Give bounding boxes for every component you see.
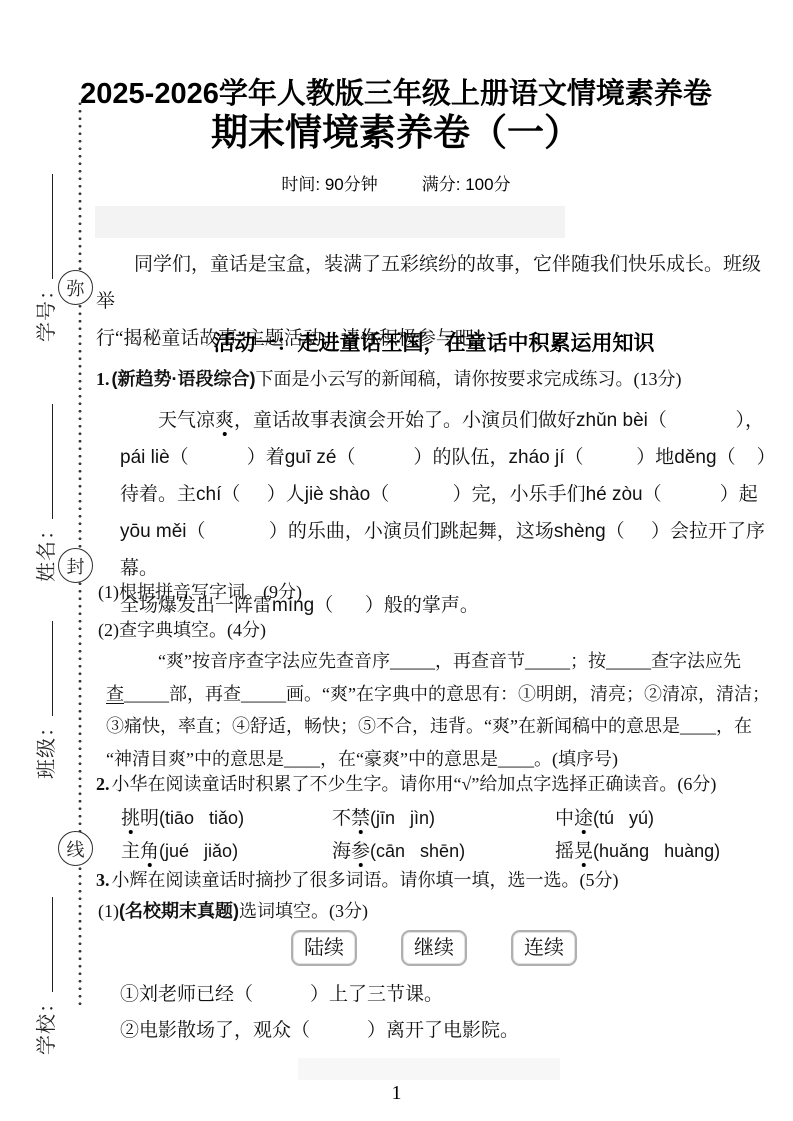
question-3-sub-1: (1)(名校期末真题)选词填空。(3分) <box>98 897 776 925</box>
passage-line-1: 天气凉爽，童话故事表演会开始了。小演员们做好zhǔn bèi（ ）， <box>120 402 774 439</box>
word-dotted-char: 禁 <box>351 808 370 829</box>
word-pinyin: (huǎng huàng) <box>593 841 720 861</box>
name-blank <box>32 404 53 519</box>
word-pre: 中 <box>555 808 574 829</box>
question-1-number: 1. <box>96 369 110 389</box>
word-dotted-char: 晃 <box>574 841 593 862</box>
dict-line-2: 查_____部，再查_____画。“爽”在字典中的意思有：①明朗，清亮；②清凉，… <box>106 678 774 711</box>
word-dotted-char: 角 <box>140 841 159 862</box>
exam-full-score: 满分: 100分 <box>422 175 511 194</box>
word-option-box: 连续 <box>511 930 577 966</box>
dictionary-exercise: “爽”按音序查字法应先查音序_____，再查音节_____；按_____查字法应… <box>106 645 774 775</box>
passage-line-1-post: ，童话故事表演会开始了。小演员们做好zhǔn bèi（ ）， <box>234 410 764 431</box>
scan-artifact-smudge <box>298 1058 560 1080</box>
word-pre: 不 <box>332 808 351 829</box>
exam-time: 时间: 90分钟 <box>281 175 377 194</box>
word-pinyin: (cān shēn) <box>370 841 465 861</box>
word-item: 中途(tú yú) <box>555 805 654 832</box>
intro-line-1: 同学们，童话是宝盒，装满了五彩缤纷的故事，它伴随我们快乐成长。班级举 <box>96 246 774 320</box>
question-3-stem: 3.小辉在阅读童话时摘抄了很多词语。请你填一填，选一选。(5分) <box>96 866 774 894</box>
passage-line-2: pái liè（ ）着guī zé（ ）的队伍，zháo jí（ ）地děng（… <box>120 439 774 476</box>
student-number-field: 学号： <box>30 174 56 342</box>
word-pinyin: (tú yú) <box>593 808 654 828</box>
question-1-sub-2: (2)查字典填空。(4分) <box>98 616 776 644</box>
exam-meta: 时间: 90分钟满分: 100分 <box>56 172 736 198</box>
page-number: 1 <box>0 1082 793 1105</box>
word-item: 海参(cān shēn) <box>332 838 465 865</box>
passage-line-3: 待着。主chí（ ）人jiè shào（ ）完，小乐手们hé zòu（ ）起 <box>120 476 774 513</box>
word-pinyin: (tiāo tiǎo) <box>159 808 244 828</box>
question-3-sub-number: (1) <box>98 901 119 921</box>
exam-series-title: 2025-2026学年人教版三年级上册语文情境素养卷 <box>56 78 736 110</box>
word-item: 不禁(jīn jìn) <box>332 805 435 832</box>
question-2-stem: 2.小华在阅读童话时积累了不少生字。请你用“√”给加点字选择正确读音。(6分) <box>96 770 774 798</box>
school-blank <box>32 897 53 992</box>
fill-blank-item-1: ①刘老师已经（ ）上了三节课。 <box>120 980 774 1010</box>
exam-title: 期末情境素养卷（一） <box>56 110 736 156</box>
dict-line-2-underlined-char: 查 <box>106 684 124 704</box>
question-3-text: 小辉在阅读童话时摘抄了很多词语。请你填一填，选一选。(5分) <box>112 870 619 890</box>
seal-circle-feng: 封 <box>58 548 93 583</box>
word-item: 摇晃(huǎng huàng) <box>555 838 720 865</box>
seal-circle-mi: 弥 <box>58 270 93 305</box>
exam-paper-page: 学号： 姓名： 班级： 学校： 弥 封 线 2025-2026学年人教版三年级上… <box>0 0 793 1121</box>
question-1-tag: (新趋势·语段综合) <box>112 369 256 389</box>
name-field: 姓名： <box>30 404 56 582</box>
word-pre: 摇 <box>555 841 574 862</box>
class-blank <box>32 621 53 716</box>
question-3-sub-tag: (名校期末真题) <box>119 901 239 921</box>
seal-circle-mi-char: 弥 <box>67 275 85 301</box>
passage-line-1-pre: 天气凉 <box>158 410 215 431</box>
word-option-list: 陆续 继续 连续 <box>96 930 772 966</box>
word-pinyin: (jīn jìn) <box>370 808 435 828</box>
seal-circle-xian-char: 线 <box>67 836 85 862</box>
class-label: 班级： <box>36 716 58 779</box>
school-field: 学校： <box>30 897 56 1055</box>
question-1-stem: 1.(新趋势·语段综合)下面是小云写的新闻稿，请你按要求完成练习。(13分) <box>96 365 774 393</box>
scan-artifact-band <box>95 206 565 238</box>
fill-blank-item-2: ②电影散场了，观众（ ）离开了电影院。 <box>120 1016 774 1046</box>
passage-line-4: yōu měi（ ）的乐曲，小演员们跳起舞，这场shèng（ ）会拉开了序幕。 <box>120 513 774 587</box>
word-dotted-char: 挑 <box>121 808 140 829</box>
word-pre: 海 <box>332 841 351 862</box>
question-1-text: 下面是小云写的新闻稿，请你按要求完成练习。(13分) <box>255 369 681 389</box>
question-2-number: 2. <box>96 774 110 794</box>
question-3-sub-text: 选词填空。(3分) <box>239 901 368 921</box>
class-field: 班级： <box>30 621 56 779</box>
section-1-title: 活动一：走进童话王国，在童话中积累运用知识 <box>96 329 772 359</box>
question-3-number: 3. <box>96 870 110 890</box>
student-number-blank <box>32 174 53 279</box>
word-item: 主角(jué jiǎo) <box>121 838 238 865</box>
question-1-sub-1: (1)根据拼音写字词。(9分) <box>98 578 776 606</box>
word-pre: 主 <box>121 841 140 862</box>
seal-circle-xian: 线 <box>58 831 93 866</box>
name-label: 姓名： <box>36 519 58 582</box>
word-post: 明 <box>140 808 159 829</box>
question-2-text: 小华在阅读童话时积累了不少生字。请你用“√”给加点字选择正确读音。(6分) <box>112 774 717 794</box>
word-dotted-char: 途 <box>574 808 593 829</box>
dict-line-3: ③痛快，率直；④舒适，畅快；⑤不合，违背。“爽”在新闻稿中的意思是____，在 <box>106 710 774 743</box>
word-dotted-char: 参 <box>351 841 370 862</box>
word-option-box: 继续 <box>401 930 467 966</box>
seal-circle-feng-char: 封 <box>67 553 85 579</box>
word-pinyin: (jué jiǎo) <box>159 841 238 861</box>
word-item: 挑明(tiāo tiǎo) <box>121 805 244 832</box>
school-label: 学校： <box>36 992 58 1055</box>
student-number-label: 学号： <box>36 279 58 342</box>
word-option-box: 陆续 <box>291 930 357 966</box>
dict-line-2-rest: _____部，再查_____画。“爽”在字典中的意思有：①明朗，清亮；②清凉，清… <box>124 684 770 704</box>
passage-dotted-char: 爽 <box>215 410 234 431</box>
dict-line-1: “爽”按音序查字法应先查音序_____，再查音节_____；按_____查字法应… <box>106 645 774 678</box>
pronunciation-choices: 挑明(tiāo tiǎo) 不禁(jīn jìn) 中途(tú yú) 主角(j… <box>121 805 774 871</box>
